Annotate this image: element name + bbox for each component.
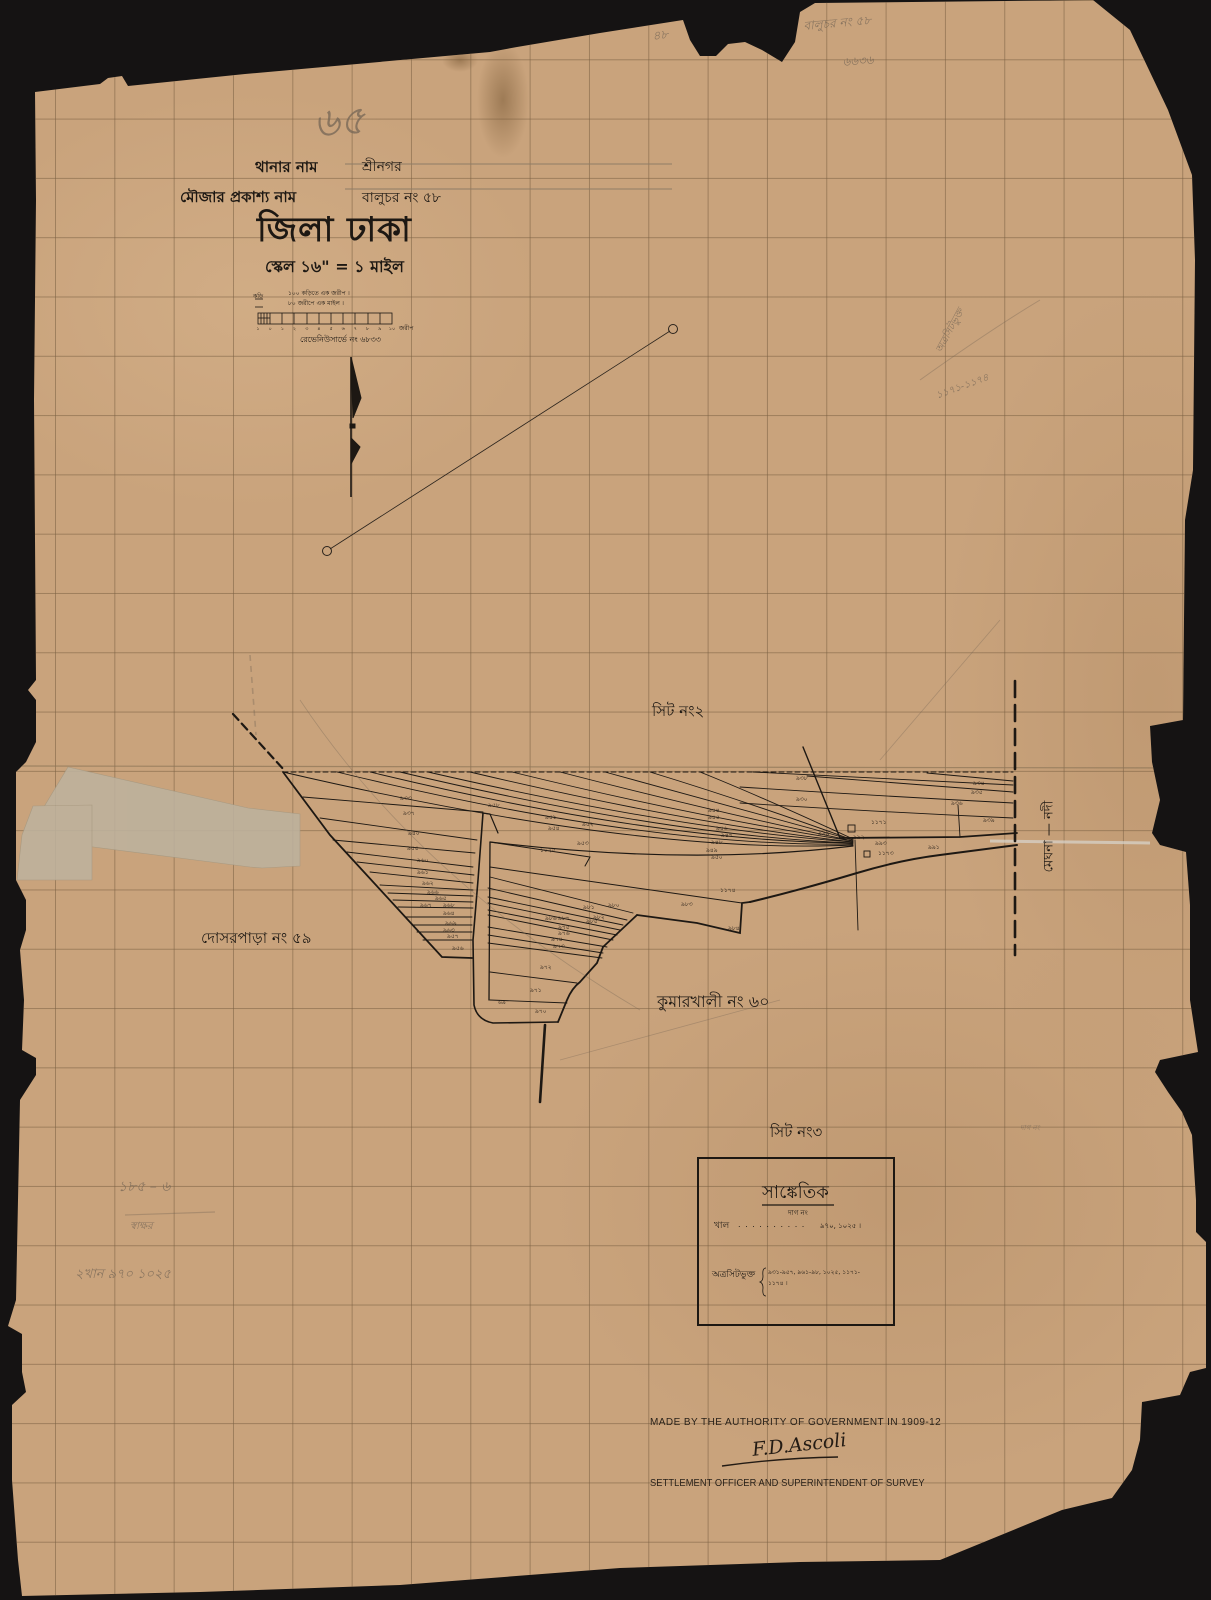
scale-tick-label: ১ [256,327,259,332]
plot-number: ৯৬৪ [443,911,455,917]
legend-sheet-plots-1: ৯৩১-৯৫৭, ৯৬১-৯৮, ১০২৫, ১১৭১- [768,1270,860,1276]
parcel-boundaries [233,681,1017,1102]
plot-number: ৯৩৪ [973,781,985,787]
revenue-survey-number: রেভেনিউসার্ভে নং ৬৮৩৩ [300,336,381,344]
scale-tick-label: ১ [281,327,284,332]
scale-unit-jorip: জরীপ [399,326,413,332]
scale-tick-label: ৭ [354,327,357,332]
plot-number: ৯৬৭ [420,903,432,909]
scale-tick-label: ৮ [366,327,369,332]
mouza-value: বালুচর নং ৫৮ [362,191,441,205]
plot-number: ৯৭৩ [553,944,565,950]
signature-underline [722,1457,838,1466]
scale-tick-label: ২ [293,327,296,332]
scale-tick-label: ৩ [305,327,308,332]
plot-number: ১১৭১ [871,820,887,826]
plot-number: ৯৮৩ [681,902,693,908]
road-upper-edge [840,833,1017,838]
paper-stains [442,42,529,158]
plot-number: ৯৫৫ [407,846,419,852]
legend-title: সাঙ্কেতিক [762,1184,829,1202]
scale-unit-kori: কড়ি [253,294,263,300]
plot-number: ৯৩০ [796,797,808,803]
plot-number: ৯৫১ [545,815,557,821]
plot-number: ৯৪৮ [711,840,723,846]
plot-number: ৯৮৭ [558,916,570,922]
canal-970-east [489,842,490,1000]
handwritten-note: ৪৮ [652,28,669,42]
northwest-mouza-boundary [233,714,285,771]
authority-statement: MADE BY THE AUTHORITY OF GOVERNMENT IN 1… [650,1418,941,1428]
sheet-north-label: সিট নং২ [652,704,704,719]
plot-number: ৯৬১ [417,870,429,876]
scale-tick-label: ৪ [317,327,320,332]
repair-tape [17,767,300,880]
handwritten-note: ৬৬৩৬ [842,54,874,68]
west-mouza-label: দোসরপাড়া নং ৫৯ [201,931,311,946]
plot-number: ১১৭৩ [878,851,894,857]
south-mouza-label: কুমারখালী নং ৬০ [657,994,770,1010]
scale-line-1: ১০০ কড়িতে এক জরীপ । [288,291,350,297]
plot-number: ৯৩৬ [951,801,963,807]
plot-number: ৯৩৫ [971,790,983,796]
plot-number: ৯৪০ [408,831,420,837]
legend-canal-plots: ৯৭০, ১০২৫ । [820,1223,861,1230]
plot-number: ৯৮৬ [545,916,557,922]
plot-number: ৯৮৫ [586,919,598,925]
thana-label: থানার নাম [255,160,317,175]
survey-line [323,325,678,556]
plot-number: ৯৩৮ [796,776,808,782]
plot-number: ৯৭০ [535,1009,547,1015]
plot-number: ৯৬০ [417,858,429,864]
plot-number: ৯৫৬ [452,946,464,952]
plot-number: ৯৯৩ [875,841,887,847]
plot-number: ৯৮১ [583,905,595,911]
south-tie-line [540,1025,545,1102]
plot-number: ৯৫৩ [577,841,589,847]
handwritten-note: স্বাক্ষর [130,1222,153,1232]
plot-number: ৯৯২ [853,835,865,841]
scale-line-2: ৮০ জরীপে এক মাইল । [288,301,344,307]
scale-ratio: স্কেল ১৬" = ১ মাইল [265,259,404,275]
legend-canal-label: খাল [714,1222,729,1231]
plot-number: ৯৬৮ [443,903,455,909]
paper-sheet: থানার নাম শ্রীনগর মৌজার প্রকাশ্য নাম বাল… [0,0,1211,1600]
legend-column-header: দাগ নং [788,1210,808,1217]
plot-number: ৯৮৪ [728,926,740,932]
river-label: মেঘনা — নদী [1043,792,1056,882]
handwritten-note: ২খান ৯৭০ ১০২৫ [75,1268,171,1281]
plot-number: ৯৫৭ [447,934,459,940]
map-scan: থানার নাম শ্রীনগর মৌজার প্রকাশ্য নাম বাল… [0,0,1211,1600]
scale-tick-label: ৫ [329,327,332,332]
plot-number: ১১৭৪ [720,888,736,894]
map-drawing [0,0,1211,1600]
plot-number: ৯৩৯ [983,818,995,824]
plot-number: ৯৫২ [582,822,594,828]
plot-number: ৯৯১ [928,845,940,851]
plot-number: ৬৯ [498,1000,506,1006]
sheet-south-label: সিট নং৩ [770,1125,822,1140]
plot-number: ১০২৫ [540,848,556,854]
plot-number: ৯৩৭ [403,811,415,817]
scale-tick-label: ১০ [389,327,396,332]
officer-title: SETTLEMENT OFFICER AND SUPERINTENDENT OF… [650,1479,925,1489]
north-arrow-icon [350,357,361,497]
plot-number: ৯৭২ [540,965,552,971]
handwritten-note: দাগ নং [1020,1125,1040,1132]
mouza-label: মৌজার প্রকাশ্য নাম [180,190,296,205]
plot-number: ৯৯৯ [818,831,830,837]
legend-sheet-label: অত্রসিটভুক্ত [712,1271,755,1280]
plot-number: ৯৬২ [422,881,434,887]
plot-number: ৯৭১ [530,988,542,994]
district-title: জিলা ঢাকা [257,213,412,247]
handwritten-note: ৬৫ [312,100,367,144]
plot-number: ৯৫৪ [548,826,560,832]
plot-number: ৯৫৮ [488,803,500,809]
legend-canal-leader: . . . . . . . . . . [738,1221,805,1229]
plot-number: ৯৫০ [711,855,723,861]
plot-number: ৯৮০ [608,903,620,909]
scale-tick-label: ৬ [342,327,345,332]
plot-number: ৯৪৫ [708,815,720,821]
pencil-marks [125,300,1040,1215]
plot-number: ৯৩৩ [400,796,412,802]
scale-tick-label: ৯ [378,327,381,332]
handwritten-note: ১৮৫ – ৬ [118,1180,170,1194]
thana-value: শ্রীনগর [362,160,402,174]
scale-tick-label: ০ [269,327,272,332]
legend-sheet-plots-2: ১১৭৪ । [768,1281,788,1287]
